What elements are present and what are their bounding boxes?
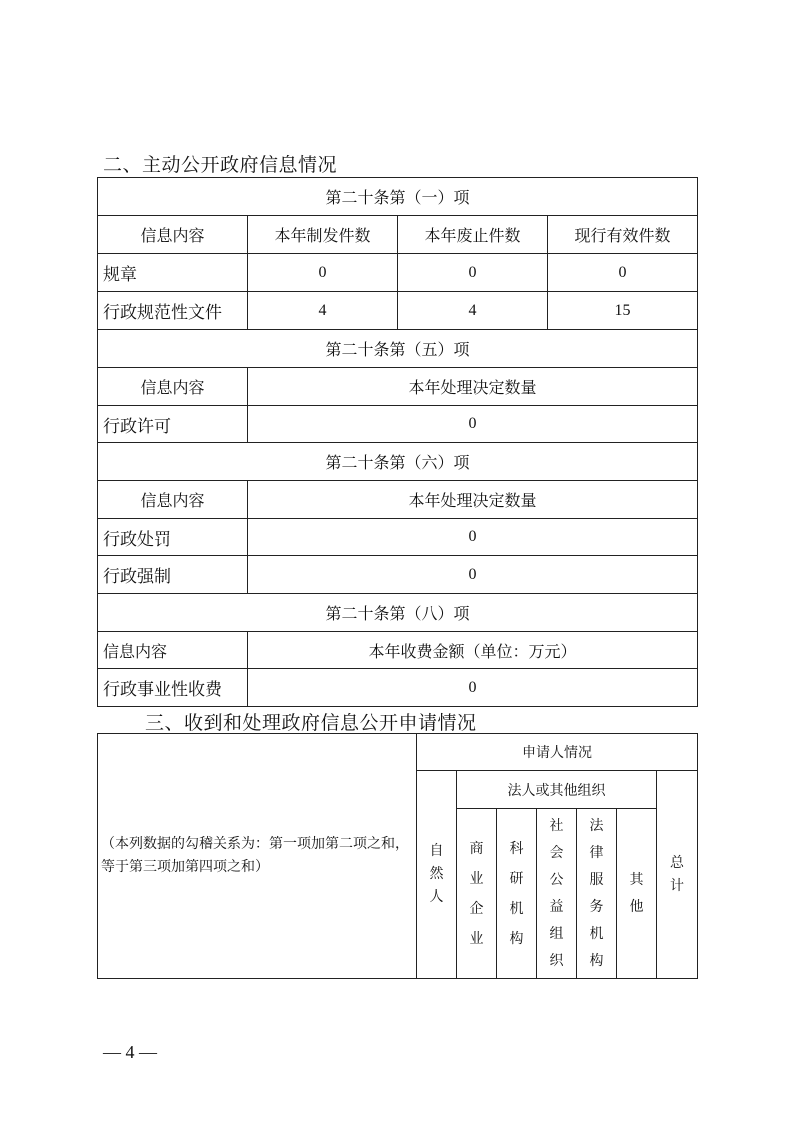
cell-value: 0	[248, 669, 698, 707]
social-welfare-org-header: 社 会 公 益 组 织	[537, 809, 577, 979]
block-2-header: 第二十条第（五）项	[98, 330, 698, 368]
column-header: 现行有效件数	[548, 216, 698, 254]
table-row: 规章 0 0 0	[98, 254, 698, 292]
block-1-columns-row: 信息内容 本年制发件数 本年废止件数 现行有效件数	[98, 216, 698, 254]
research-institution-header: 科 研 机 构	[497, 809, 537, 979]
column-header: 本年制发件数	[248, 216, 398, 254]
block-4-header: 第二十条第（八）项	[98, 594, 698, 632]
column-header: 信息内容	[98, 481, 248, 519]
block-2-columns-row: 信息内容 本年处理决定数量	[98, 368, 698, 406]
column-header: 信息内容	[98, 368, 248, 406]
cell-value: 0	[248, 406, 698, 443]
column-header: 本年收费金额（单位：万元）	[248, 632, 698, 669]
row-label: 行政许可	[98, 406, 248, 443]
page-number: — 4 —	[103, 1042, 157, 1063]
block-3-columns-row: 信息内容 本年处理决定数量	[98, 481, 698, 519]
cell-value: 15	[548, 292, 698, 330]
cell-value: 0	[398, 254, 548, 292]
table-row: 行政处罚 0	[98, 519, 698, 556]
applicant-header-row: （本列数据的勾稽关系为：第一项加第二项之和，等于第三项加第四项之和） 申请人情况	[98, 734, 698, 771]
application-table: （本列数据的勾稽关系为：第一项加第二项之和，等于第三项加第四项之和） 申请人情况…	[97, 733, 698, 979]
applicant-header: 申请人情况	[417, 734, 698, 771]
block-3-header-row: 第二十条第（六）项	[98, 443, 698, 481]
table-row: 行政事业性收费 0	[98, 669, 698, 707]
cell-value: 0	[248, 519, 698, 556]
column-header: 本年处理决定数量	[248, 481, 698, 519]
note-cell: （本列数据的勾稽关系为：第一项加第二项之和，等于第三项加第四项之和）	[98, 734, 417, 979]
section-2-title: 二、主动公开政府信息情况	[103, 150, 337, 177]
balance-note: （本列数据的勾稽关系为：第一项加第二项之和，等于第三项加第四项之和）	[98, 833, 416, 879]
column-header: 本年处理决定数量	[248, 368, 698, 406]
block-4-header-row: 第二十条第（八）项	[98, 594, 698, 632]
table-row: 行政强制 0	[98, 556, 698, 594]
block-2-header-row: 第二十条第（五）项	[98, 330, 698, 368]
row-label: 行政强制	[98, 556, 248, 594]
row-label: 行政规范性文件	[98, 292, 248, 330]
table-row: 行政许可 0	[98, 406, 698, 443]
natural-person-header: 自 然 人	[417, 771, 457, 979]
total-label: 总 计	[657, 852, 697, 898]
column-header: 信息内容	[98, 216, 248, 254]
cell-value: 4	[398, 292, 548, 330]
block-3-header: 第二十条第（六）项	[98, 443, 698, 481]
section-3-title: 三、收到和处理政府信息公开申请情况	[145, 708, 477, 735]
cell-value: 0	[248, 556, 698, 594]
legal-service-org-header: 法 律 服 务 机 构	[577, 809, 617, 979]
proactive-disclosure-table: 第二十条第（一）项 信息内容 本年制发件数 本年废止件数 现行有效件数 规章 0…	[97, 177, 698, 707]
row-label: 规章	[98, 254, 248, 292]
table-row: 行政规范性文件 4 4 15	[98, 292, 698, 330]
block-1-header: 第二十条第（一）项	[98, 178, 698, 216]
commercial-enterprise-header: 商 业 企 业	[457, 809, 497, 979]
legal-org-header: 法人或其他组织	[457, 771, 657, 809]
cell-value: 0	[248, 254, 398, 292]
column-header: 本年废止件数	[398, 216, 548, 254]
cell-value: 4	[248, 292, 398, 330]
row-label: 行政处罚	[98, 519, 248, 556]
block-4-columns-row: 信息内容 本年收费金额（单位：万元）	[98, 632, 698, 669]
natural-person-label: 自 然 人	[417, 840, 456, 909]
row-label: 行政事业性收费	[98, 669, 248, 707]
block-1-header-row: 第二十条第（一）项	[98, 178, 698, 216]
column-header: 信息内容	[98, 632, 248, 669]
total-header: 总 计	[657, 771, 698, 979]
other-org-header: 其 他	[617, 809, 657, 979]
cell-value: 0	[548, 254, 698, 292]
